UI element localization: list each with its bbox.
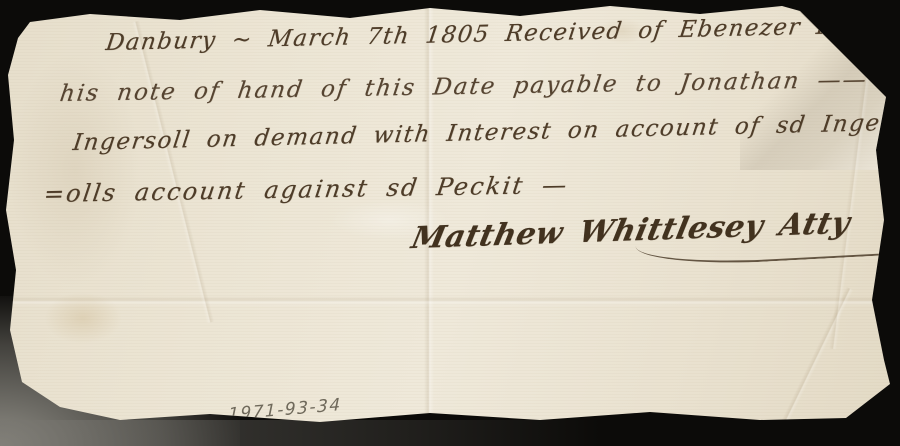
age-stain [44,292,122,344]
receipt-paper: Danbury ~ March 7th 1805 Received of Ebe… [0,0,900,446]
scan-background: Danbury ~ March 7th 1805 Received of Ebe… [0,0,900,446]
horizontal-crease [6,296,890,306]
scanner-bed-shadow-bottom [0,420,600,446]
